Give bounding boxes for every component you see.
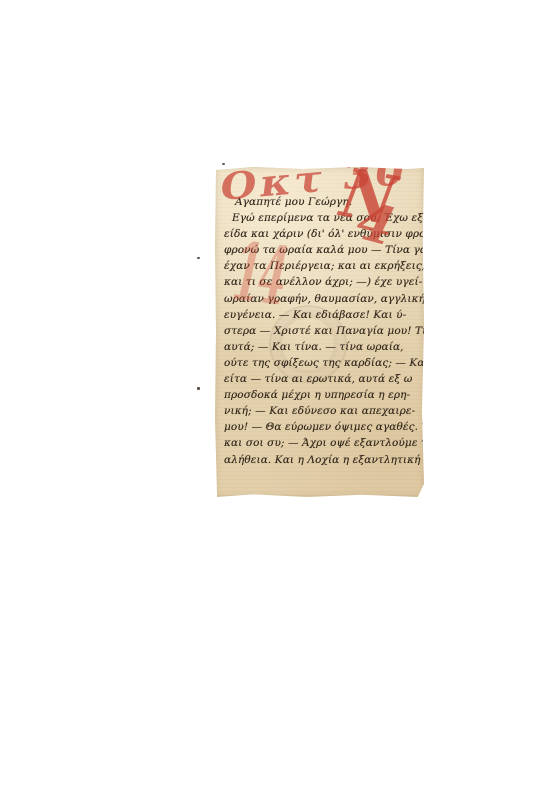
- letter-body: Αγαπητέ μου Γεώργη. Εγώ επερίμενα τα νέα…: [215, 167, 424, 468]
- scan-speck: [197, 387, 200, 390]
- handwriting-line: νική; — Και εδύνεσο και απεχαιρε-: [224, 403, 419, 419]
- handwriting-line: ευγένεια. — Και εδιάβασε! Και ύ-: [224, 307, 419, 323]
- handwriting-line: Εγώ επερίμενα τα νέα σου. Έχω εξέψες: [224, 210, 419, 226]
- handwriting-line: στερα — Χριστέ και Παναγία μου! Τι ην': [224, 323, 419, 339]
- salutation-line: Αγαπητέ μου Γεώργη.: [224, 194, 419, 210]
- handwriting-line: προσδοκά μέχρι η υπηρεσία η ερη-: [224, 387, 419, 403]
- handwriting-line: ούτε της σφίξεως της καρδίας; — Και: [224, 355, 419, 371]
- scan-background: { "document": { "kind": "handwritten-let…: [0, 0, 549, 800]
- handwriting-line: και σοι συ; — Άχρι οψέ εξαντλούμε τη: [224, 435, 419, 451]
- letter-page: Αγαπητέ μου Γεώργη. Εγώ επερίμενα τα νέα…: [215, 167, 424, 497]
- handwriting-line: αυτά; — Και τίνα. — τίνα ωραία,: [224, 339, 419, 355]
- scan-area: Αγαπητέ μου Γεώργη. Εγώ επερίμενα τα νέα…: [0, 0, 549, 800]
- handwriting-line: και τι σε ανέλλον άχρι; —) έχε υγεί-: [224, 274, 419, 290]
- scan-speck: [222, 163, 225, 165]
- scan-speck: [197, 257, 200, 259]
- handwriting-line: έχαν τα Περιέργεια; και αι εκρήξεις;: [224, 258, 419, 274]
- handwriting-line: ωραίαν γραφήν, θαυμασίαν, αγγλικήν!: [224, 291, 419, 307]
- handwriting-line: αλήθεια. Και η Λοχία η εξαντλητική: [224, 452, 419, 468]
- handwriting-line: είτα — τίνα αι ερωτικά, αυτά εξ ω: [224, 371, 419, 387]
- handwriting-line: είδα και χάριν (δι' όλ' ενθύμισιν φρο-: [224, 226, 419, 242]
- handwriting-line: φρονώ τα ωραία καλά μου — Τίνα γαρ: [224, 242, 419, 258]
- handwriting-line: μου! — Θα εύρωμεν όψιμες αγαθές. Τι: [224, 419, 419, 435]
